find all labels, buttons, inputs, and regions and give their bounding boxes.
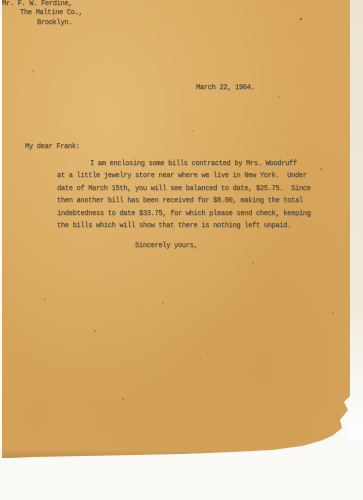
recipient-company: The Maltine Co., — [2, 9, 350, 18]
recipient-address-block: Mr. F. W. Ferdine, The Maltine Co., Broo… — [2, 0, 350, 28]
letter-date: March 22, 1904. — [196, 84, 255, 92]
recipient-name: Mr. F. W. Ferdine, — [2, 0, 350, 9]
letter-body: I am enclosing some bills contracted by … — [57, 158, 311, 233]
scan-background-strip — [348, 0, 363, 440]
letter-paper: March 22, 1904. Mr. F. W. Ferdine, The M… — [2, 0, 350, 460]
body-line: date of March 15th, you will see balance… — [57, 183, 311, 195]
body-line: indebtedness to date $33.75, for which p… — [57, 208, 311, 220]
body-line: then another bill has been received for … — [57, 195, 311, 207]
salutation: My dear Frank: — [25, 143, 80, 151]
recipient-city: Brooklyn. — [2, 19, 350, 28]
body-line: at a little jewelry store near where we … — [57, 170, 311, 182]
scanned-letter-page: March 22, 1904. Mr. F. W. Ferdine, The M… — [0, 0, 363, 500]
body-line: the bills which will show that there is … — [57, 220, 311, 232]
closing: Sincerely yours, — [135, 242, 197, 250]
body-line: I am enclosing some bills contracted by … — [57, 158, 311, 170]
